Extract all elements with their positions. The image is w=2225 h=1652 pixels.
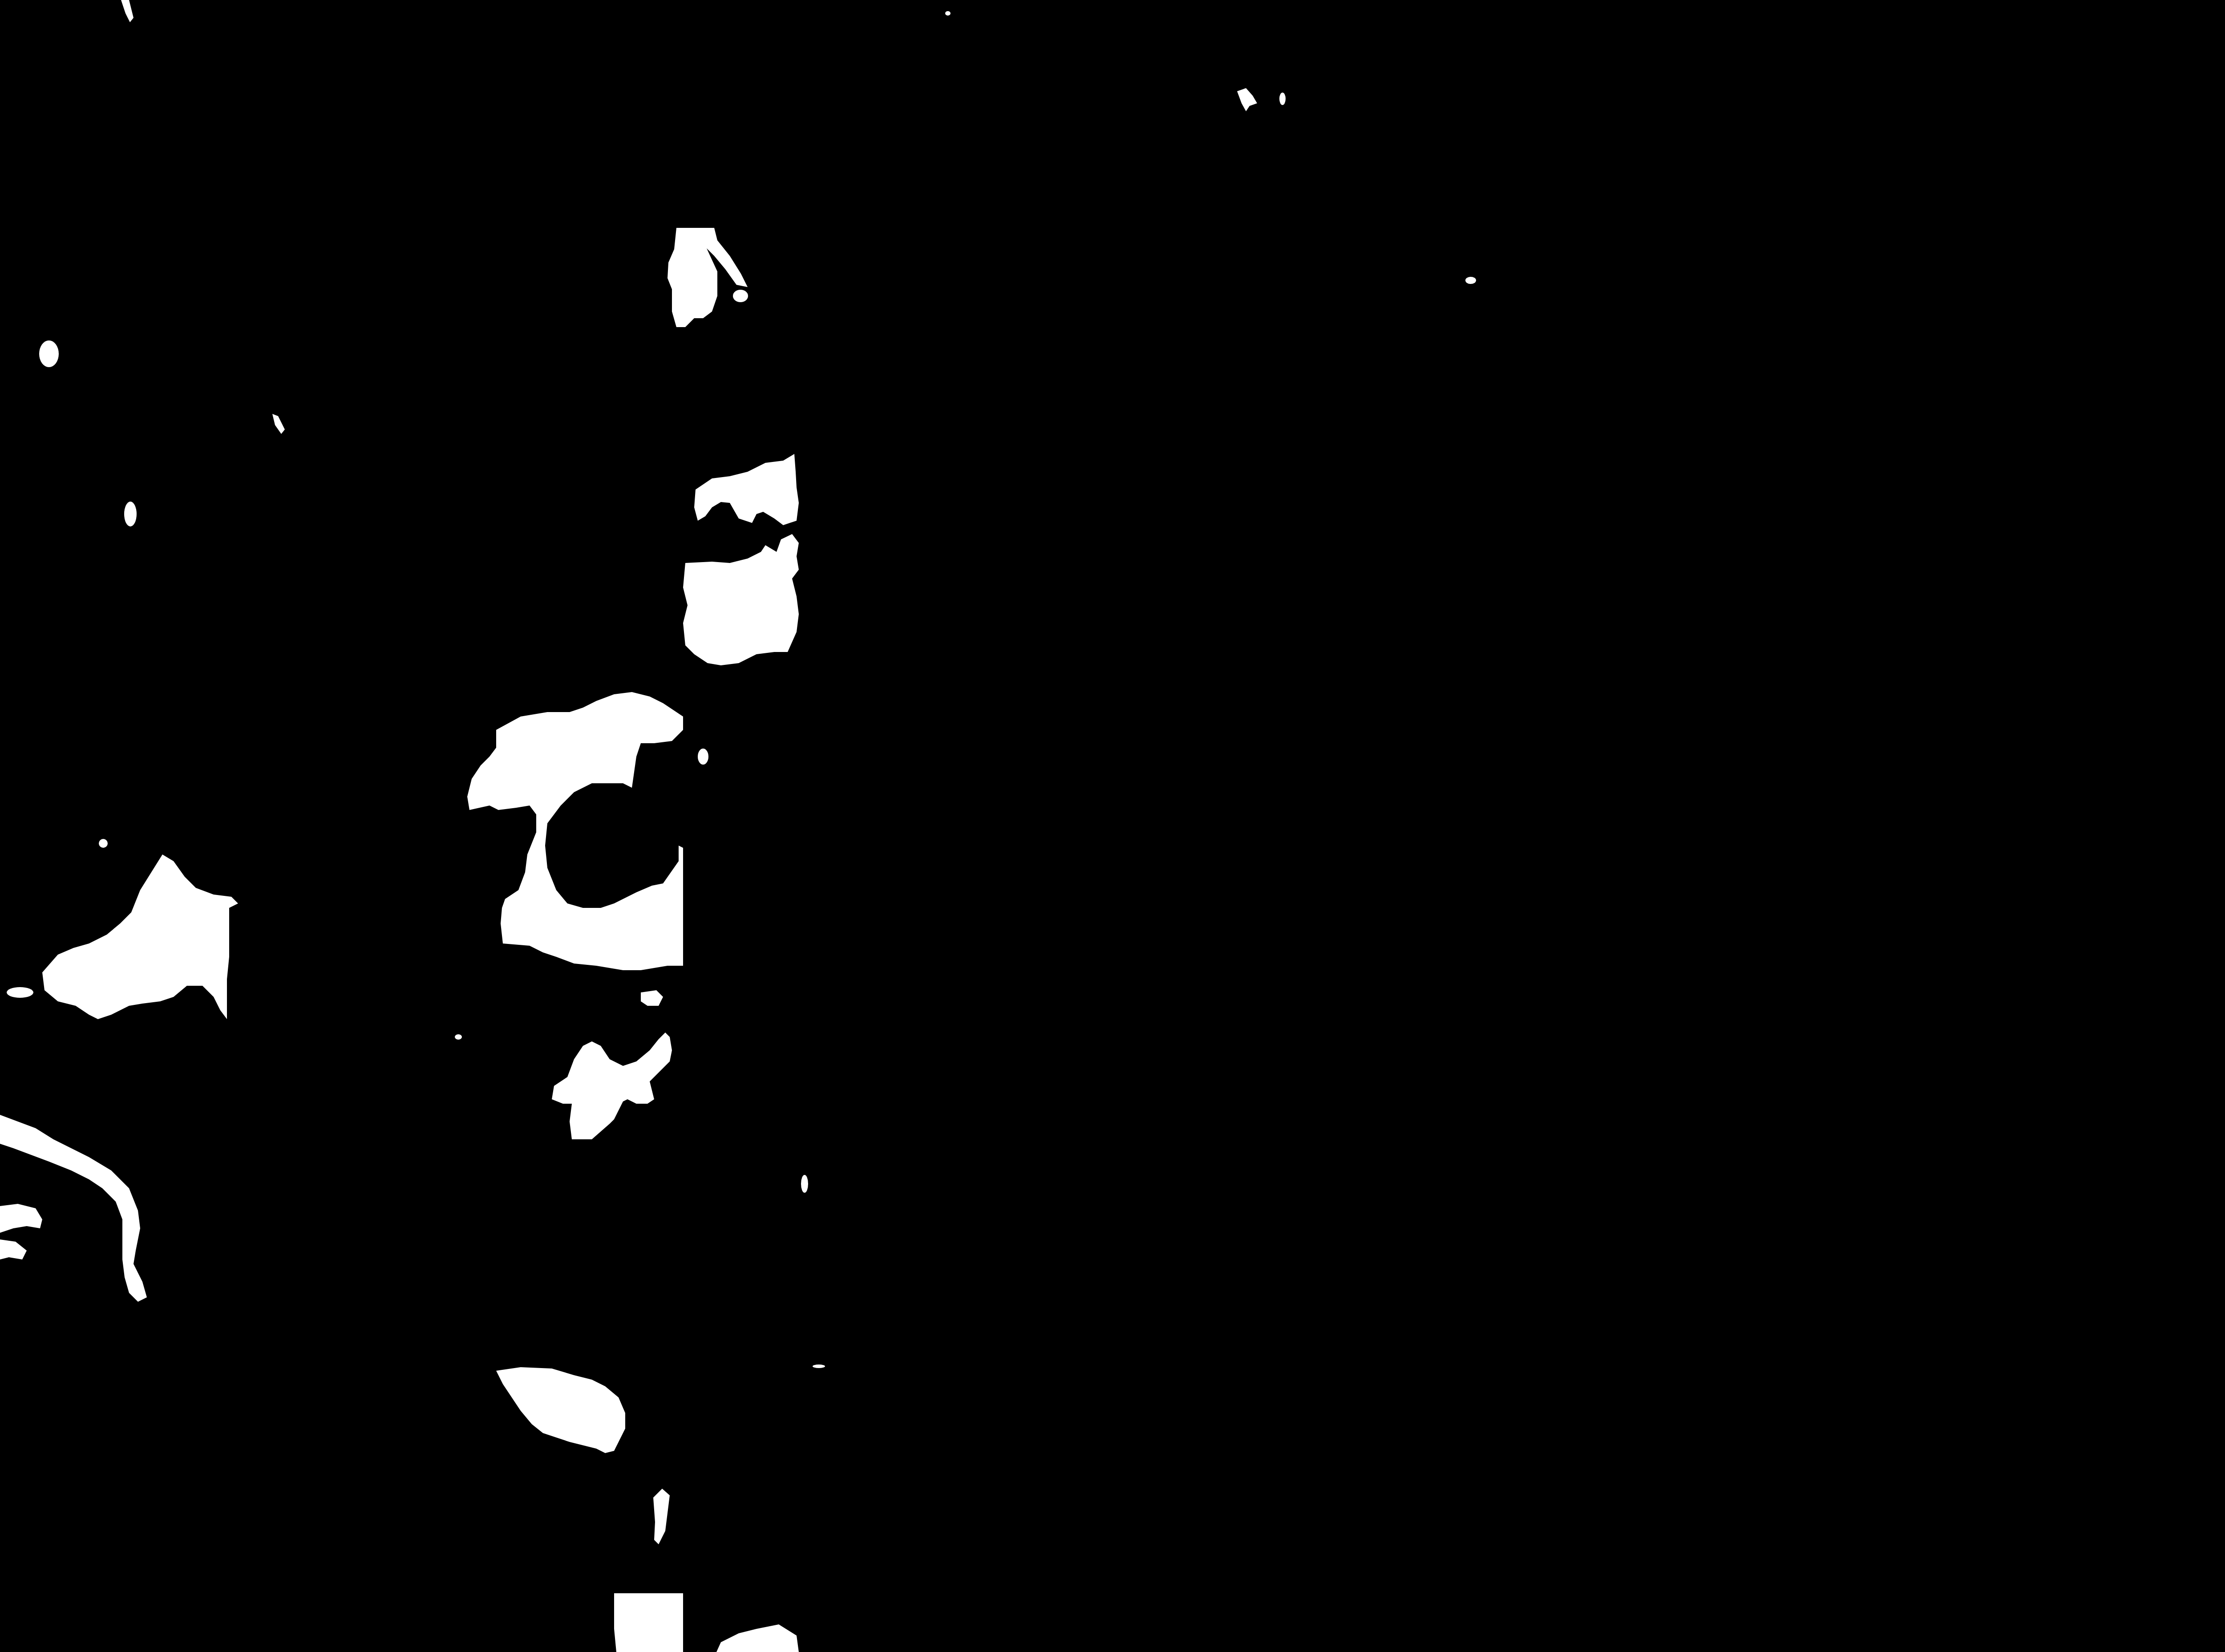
mask-blob [1279,93,1286,105]
mask-blob [614,1593,683,1652]
mask-blob [945,11,951,16]
segmentation-mask [0,0,2225,1652]
mask-blob [455,1034,462,1040]
mask-blob [813,1365,825,1368]
mask-blob [801,1175,808,1193]
mask-blob [698,749,708,765]
mask-blob [733,290,748,302]
mask-blob [7,987,33,998]
mask-blob [39,340,59,367]
mask-blob [1465,277,1476,284]
mask-background [0,0,2225,1652]
mask-blob [99,839,108,848]
mask-blob [124,502,137,526]
